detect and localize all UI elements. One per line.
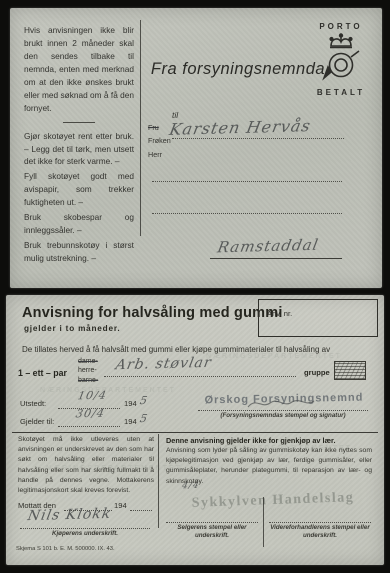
instructions-para-2: Gjør skotøyet rent etter bruk. – Legg de… <box>24 130 134 169</box>
reseller-caption: Videreforhandlerens stempel eller unders… <box>269 524 371 541</box>
instruction-column: Hvis anvisningen ikke blir brukt innen 2… <box>24 24 134 265</box>
handwritten-item: Arb. støvlar <box>114 355 213 373</box>
seller-caption: Selgerens stempel eller underskrift. <box>166 524 258 541</box>
mottatt-year-line <box>130 509 152 511</box>
gjelder-year-handwritten: 5 <box>139 412 149 425</box>
crown-posthorn-icon <box>319 33 363 85</box>
item-line <box>104 375 296 377</box>
shoe-type-dame: dame- <box>78 357 98 366</box>
watermark-text: NÆRINGSDEPARTEMENTET <box>206 353 342 360</box>
form-code: Skjema S 101 b. E. M. 500000. IX. 43. <box>16 546 115 552</box>
nemnd-stamp-line <box>198 409 368 411</box>
instructions-para-5: Bruk trebunnskotøy i størst mulig utstre… <box>24 239 134 265</box>
seller-cells-divider <box>263 497 264 547</box>
right-conditions-paragraph: Anvisning som lyder på såling av gummisk… <box>166 446 372 487</box>
buyer-signature: Nils Klokk <box>26 506 113 524</box>
form-subtitle: gjelder i to måneder. <box>24 324 120 333</box>
gjelder-line <box>58 425 120 427</box>
place-underline <box>210 258 342 259</box>
gjelder-label: Gjelder til: <box>20 417 54 426</box>
instructions-para-4: Bruk skobespar og innleggssåler. – <box>24 211 134 237</box>
mottatt-year-print: 194 <box>114 501 127 510</box>
section-rule <box>12 432 378 433</box>
card-column-divider <box>140 20 141 236</box>
gjelder-handwritten-date: 30/4 <box>75 407 106 421</box>
form-intro: De tillates herved å få halvsålt med gum… <box>22 345 372 354</box>
right-heading: Denne anvisning gjelder ikke for gjenkjø… <box>166 436 372 445</box>
to-label: til <box>172 110 178 120</box>
blank-line-1 <box>152 180 342 182</box>
instructions-para-1: Hvis anvisningen ikke blir brukt innen 2… <box>24 24 134 115</box>
gruppe-label: gruppe <box>304 368 330 377</box>
form-title: Anvisning for halvsåling med gummi <box>22 305 283 321</box>
salutation-herr: Herr <box>148 148 171 161</box>
instructions-para-3: Fyll skotøyet godt med avispapir, som tr… <box>24 170 134 209</box>
ration-form: NÆRINGSDEPARTEMENTET NÆRINGSDEPARTEMENTE… <box>6 295 384 565</box>
anv-nr-label: Anv. nr. <box>267 309 292 318</box>
reseller-line <box>269 521 371 523</box>
postal-card: Hvis anvisningen ikke blir brukt innen 2… <box>10 8 382 288</box>
quantity-prefix: 1 – ett – par <box>18 368 67 378</box>
shoe-type-herre: herre- <box>78 366 98 375</box>
blank-line-2 <box>152 212 342 214</box>
salutation-block: Fru Frøken Herr <box>148 121 171 161</box>
salutation-fru: Fru <box>148 121 171 134</box>
porto-betalt-mark: PORTO BETALT <box>312 22 370 97</box>
utstedt-label: Utstedt: <box>20 399 46 408</box>
utstedt-handwritten-date: 10/4 <box>77 389 108 403</box>
buyer-signature-line <box>20 527 150 529</box>
shoe-type-barne: barne- <box>78 376 98 385</box>
anv-nr-box: Anv. nr. <box>258 299 378 337</box>
utstedt-year-handwritten: 5 <box>139 394 149 407</box>
lower-column-divider <box>158 434 159 528</box>
paragraph-divider <box>63 122 95 123</box>
nemnd-stamp-caption: (Forsyningsnemndas stempel og signatur) <box>198 412 368 420</box>
porto-label: PORTO <box>312 22 370 31</box>
sender-title: Fra forsyningsnemnda <box>148 60 328 79</box>
shoe-type-stack: dame- herre- barne- <box>78 357 98 385</box>
handwritten-place: Ramstaddal <box>216 236 320 257</box>
betalt-label: BETALT <box>312 88 370 97</box>
buyer-signature-caption: Kjøperens underskrift. <box>20 530 150 538</box>
gruppe-hatch-box <box>334 361 366 380</box>
handwritten-recipient: Karsten Hervås <box>168 116 313 139</box>
dealer-stamp: Sykkylven Handelslag <box>178 490 368 513</box>
seller-line <box>166 521 258 523</box>
gjelder-year-print: 194 <box>124 417 137 426</box>
left-conditions-paragraph: Skotøyet må ikke utleveres uten at anvis… <box>18 435 154 496</box>
utstedt-year-print: 194 <box>124 399 137 408</box>
